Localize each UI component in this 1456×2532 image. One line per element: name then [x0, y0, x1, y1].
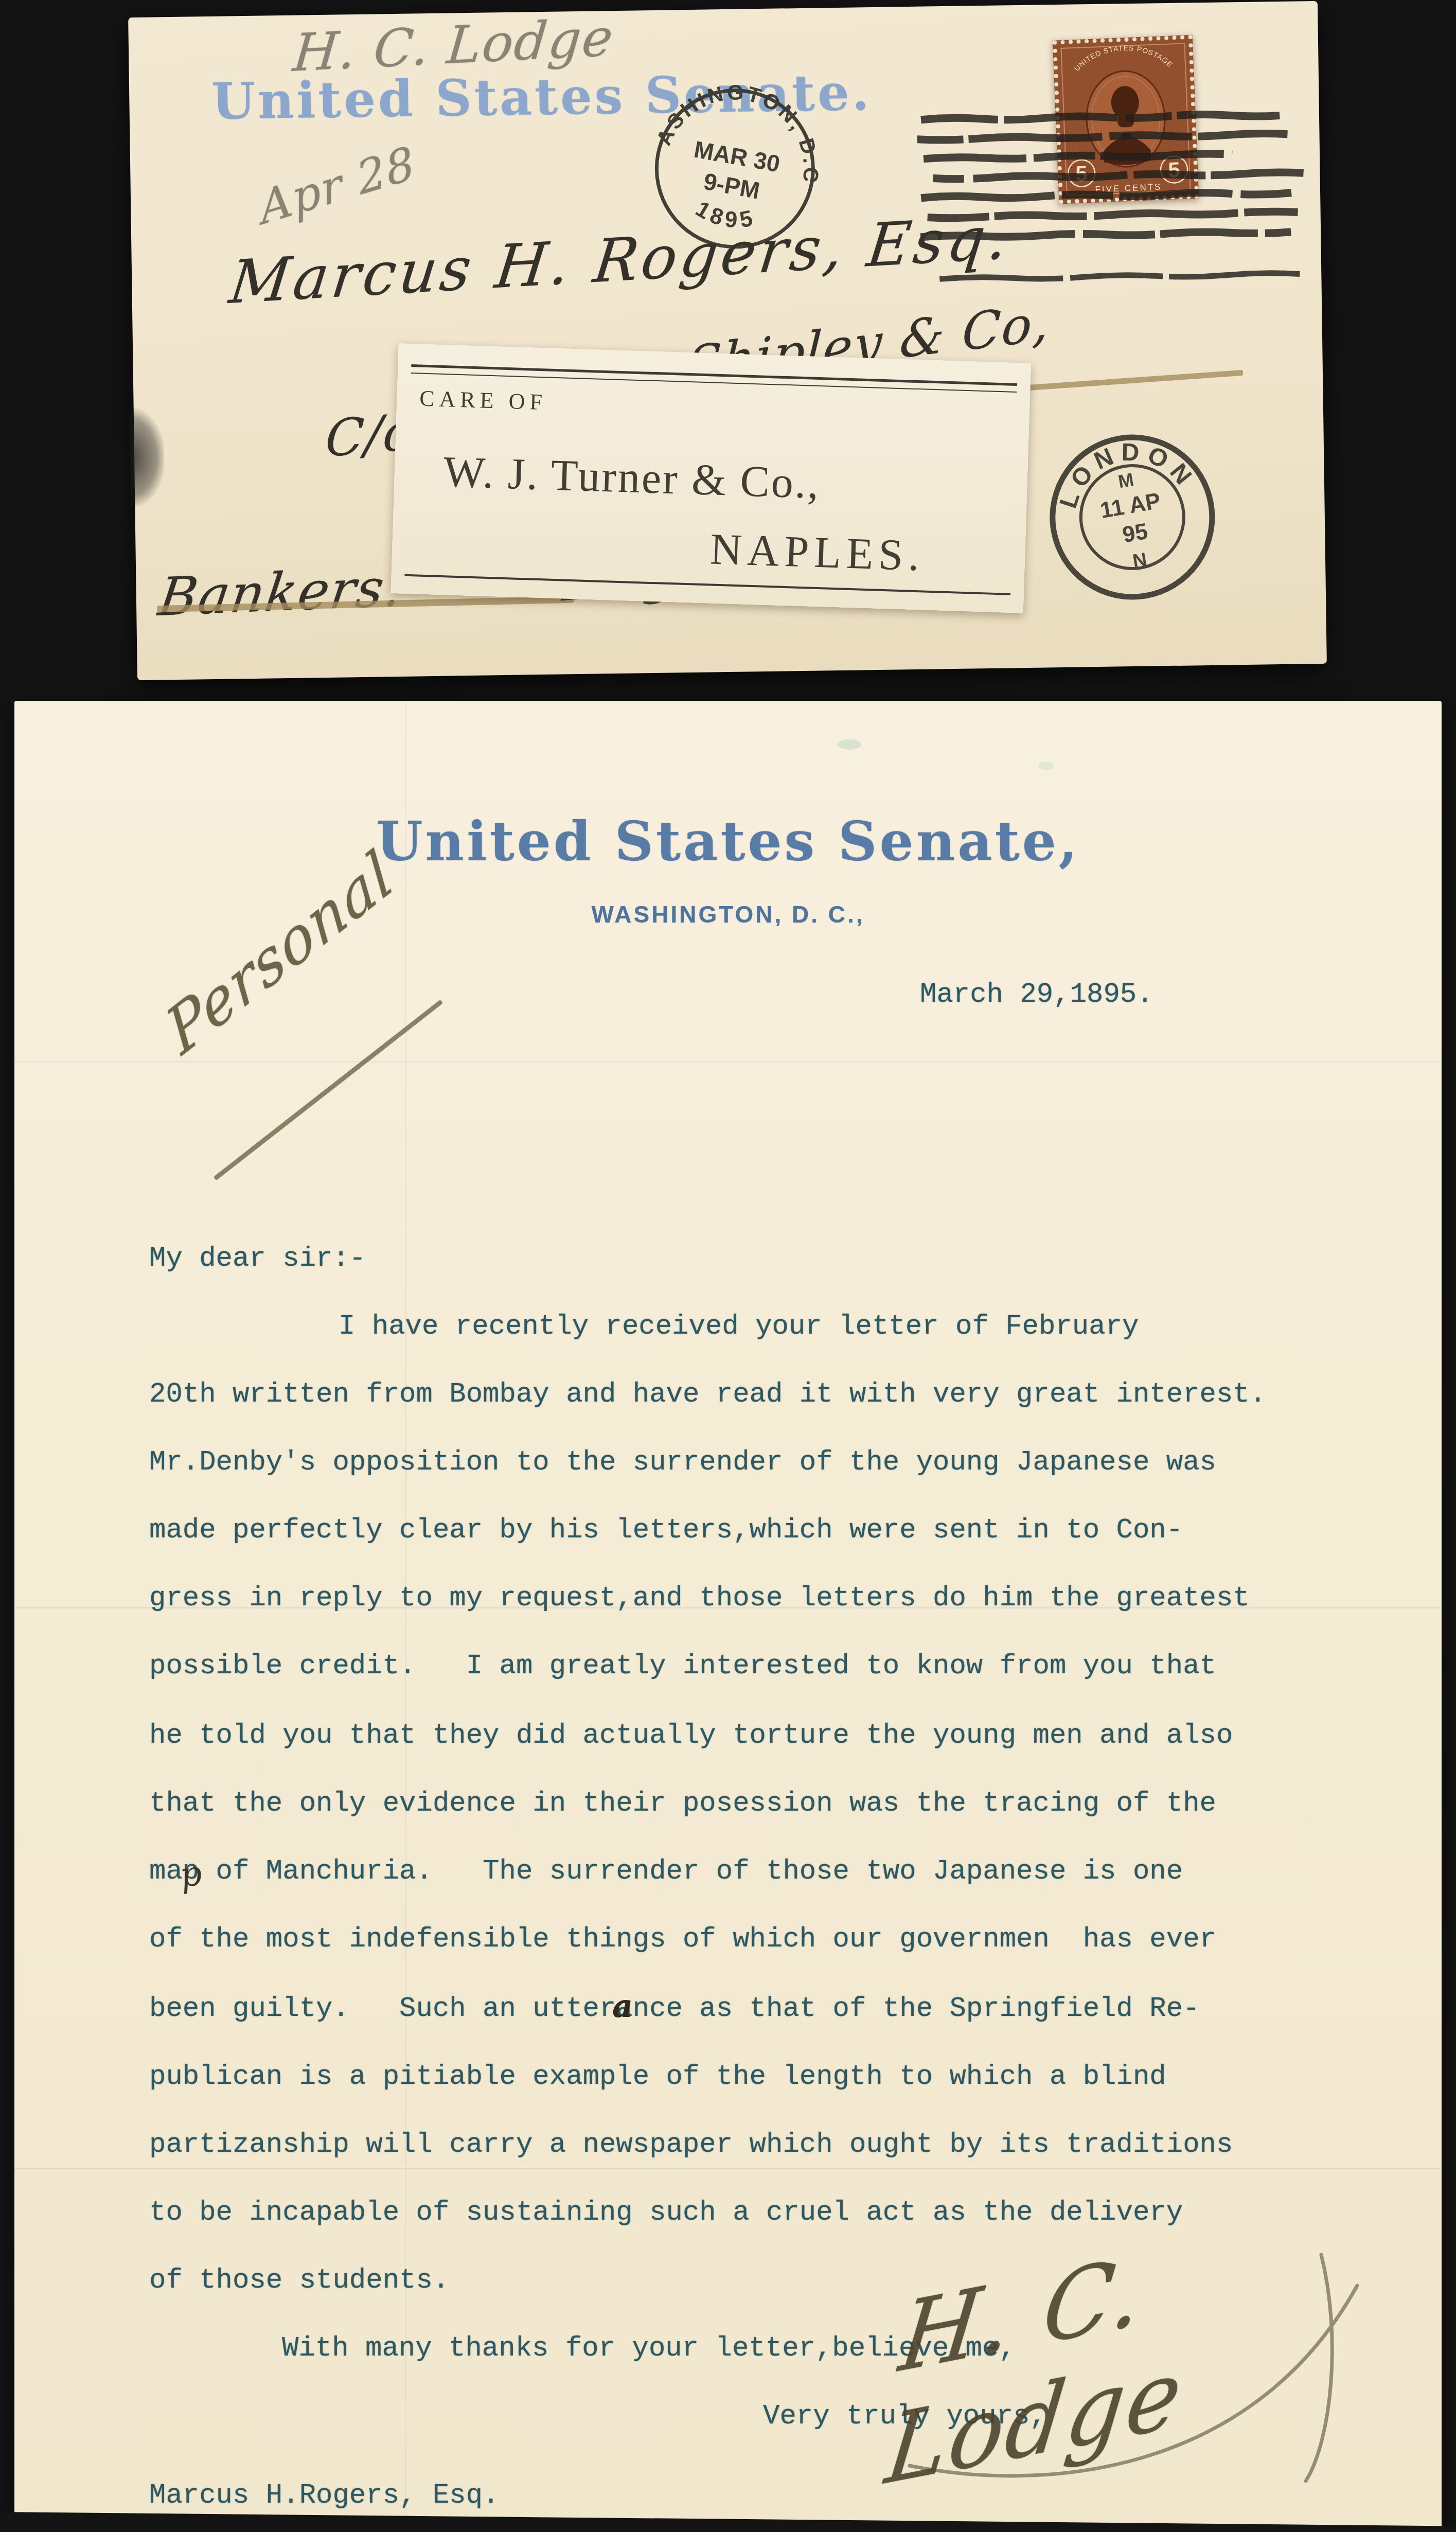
- paper-stain: [1038, 762, 1054, 770]
- body-line: map of Manchuria. The surrender of those…: [149, 1858, 1183, 1886]
- salutation: My dear sir:-: [149, 1245, 366, 1273]
- edge-smudge: [130, 408, 165, 506]
- letter-sheet: United States Senate, WASHINGTON, D. C.,…: [14, 701, 1442, 2532]
- envelope-address-line1: Marcus H. Rogers, Esq.: [226, 203, 1014, 318]
- washington-postmark-time: 9-PM: [702, 168, 762, 204]
- letter-letterhead: United States Senate,: [14, 810, 1442, 873]
- envelope: H. C. Lodge United States Senate. Apr 28…: [128, 1, 1327, 680]
- london-postmark: LONDON M 11 AP 95 N: [1019, 404, 1245, 630]
- body-line: gress in reply to my request,and those l…: [149, 1585, 1250, 1613]
- london-postmark-code-top: M: [1116, 469, 1135, 492]
- body-line: of the most indefensible things of which…: [149, 1926, 1216, 1954]
- letter-letterhead-city: WASHINGTON, D. C.,: [14, 900, 1442, 928]
- personal-underline: [214, 1000, 443, 1181]
- photo-canvas: H. C. Lodge United States Senate. Apr 28…: [0, 0, 1456, 2532]
- body-line: 20th written from Bombay and have read i…: [149, 1381, 1266, 1409]
- body-line: publican is a pitiable example of the le…: [149, 2063, 1166, 2091]
- body-line: made perfectly clear by his letters,whic…: [149, 1517, 1183, 1545]
- body-line: partizanship will carry a newspaper whic…: [149, 2131, 1233, 2159]
- envelope-struck-note: Bankers.: [155, 557, 406, 628]
- handwritten-correction-a: a: [612, 1987, 634, 2025]
- letter-date: March 29,1895.: [920, 981, 1153, 1009]
- forwarding-label: CARE OF W. J. Turner & Co., NAPLES.: [390, 343, 1031, 613]
- fold-crease-vertical: [405, 701, 407, 2532]
- paper-stain: [838, 739, 861, 750]
- body-line: I have recently received your letter of …: [339, 1313, 1139, 1341]
- body-line: that the only evidence in their posessio…: [149, 1790, 1216, 1818]
- body-line: possible credit. I am greatly interested…: [149, 1653, 1216, 1680]
- body-line: to be incapable of sustaining such a cru…: [149, 2199, 1183, 2227]
- envelope-received-annotation: Apr 28: [255, 136, 420, 235]
- body-line: he told you that they did actually tortu…: [149, 1722, 1233, 1750]
- body-line: Mr.Denby's opposition to the surrender o…: [149, 1449, 1216, 1477]
- london-postmark-year: 95: [1121, 519, 1150, 548]
- cancellation-bars: [917, 103, 1352, 305]
- label-company: W. J. Turner & Co.,: [442, 446, 821, 509]
- body-line: of those students.: [149, 2267, 449, 2295]
- label-city: NAPLES.: [709, 523, 925, 581]
- fold-crease: [14, 2168, 1442, 2170]
- fold-crease: [14, 1061, 1442, 1063]
- body-line: been guilty. Such an utterance as that o…: [149, 1995, 1200, 2023]
- letter-addressee: Marcus H.Rogers, Esq.: [149, 2482, 500, 2510]
- london-postmark-date: 11 AP: [1098, 488, 1163, 523]
- signature-flourish: [879, 2224, 1393, 2512]
- london-postmark-code-bottom: N: [1131, 549, 1148, 573]
- label-care-of: CARE OF: [419, 385, 547, 416]
